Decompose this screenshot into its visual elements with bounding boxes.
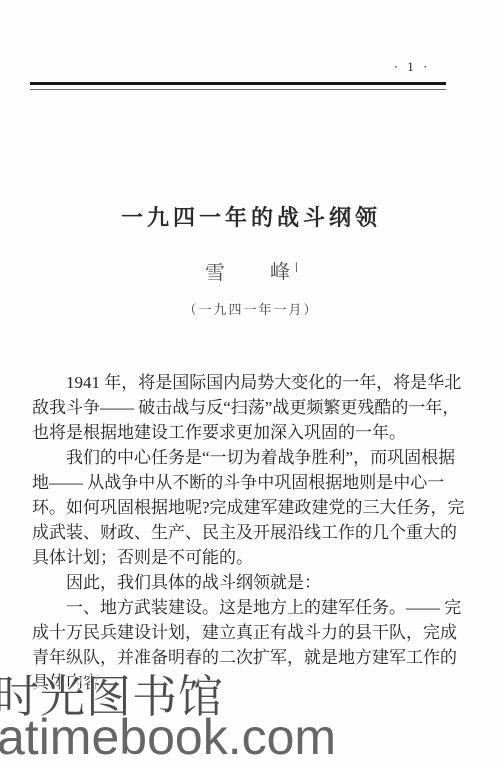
header-rule-thick xyxy=(30,82,446,85)
body-text-line: 敌我斗争—— 破击战与反“扫荡”战更频繁更残酷的一年， xyxy=(32,395,450,420)
body-text-line: 一、地方武装建设。这是地方上的建军任务。—— 完 xyxy=(32,595,450,620)
article-title: 一九四一年的战斗纲领 xyxy=(0,201,502,232)
body-text-line: 1941 年，将是国际国内局势大变化的一年，将是华北 xyxy=(32,370,450,395)
signature-ink-mark xyxy=(296,262,297,272)
book-page: · 1 · 一九四一年的战斗纲领 雪 峰 （一九四一年一月） 1941 年，将是… xyxy=(0,0,502,768)
body-text-line: 我们的中心任务是“一切为着战争胜利”，而巩固根据 xyxy=(32,445,450,470)
body-text-line: 因此，我们具体的战斗纲领就是： xyxy=(32,570,450,595)
page-number: · 1 · xyxy=(388,59,436,75)
body-text-line: 也将是根据地建设工作要求更加深入巩固的一年。 xyxy=(32,420,450,445)
header-rule-thin xyxy=(30,89,446,90)
article-date: （一九四一年一月） xyxy=(0,299,502,318)
body-text-line: 环。如何巩固根据地呢?完成建军建政建党的三大任务，完 xyxy=(32,495,450,520)
watermark-domain-text: atimebook.com xyxy=(0,708,336,766)
article-body: 1941 年，将是国际国内局势大变化的一年，将是华北敌我斗争—— 破击战与反“扫… xyxy=(32,370,450,695)
author-signature: 雪 峰 xyxy=(0,252,502,290)
body-text-line: 具体计划；否则是不可能的。 xyxy=(32,545,450,570)
body-text-line: 成武装、财政、生产、民主及开展沿线工作的几个重大的 xyxy=(32,520,450,545)
body-text-line: 成十万民兵建设计划，建立真正有战斗力的县干队，完成 xyxy=(32,620,450,645)
body-text-line: 地—— 从战争中从不断的斗争中巩固根据地则是中心一 xyxy=(32,470,450,495)
author-name: 雪 峰 xyxy=(205,261,310,285)
